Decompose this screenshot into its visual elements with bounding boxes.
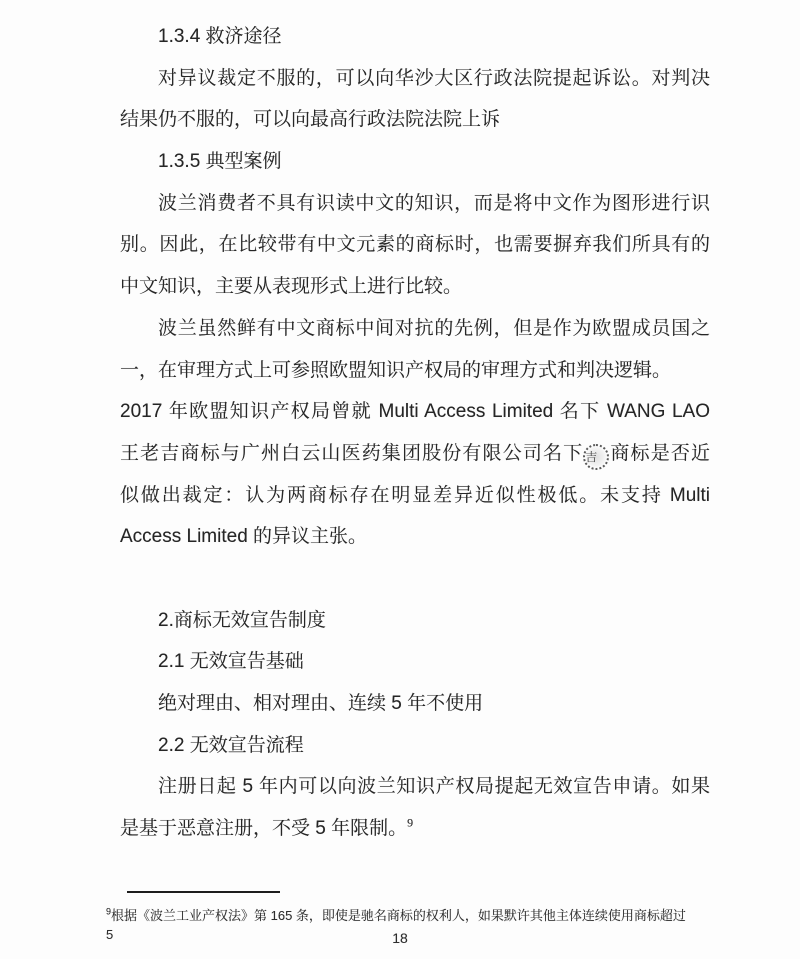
text-run: 是基于恶意注册，不受 5 年限制。 [120,818,407,839]
blank-line [120,558,710,600]
text-line: 一，在审理方式上可参照欧盟知识产权局的审理方式和判决逻辑。 [120,350,710,392]
document-page: 1.3.4 救济途径对异议裁定不服的，可以向华沙大区行政法院提起诉讼。对判决结果… [0,0,800,959]
section-heading-2-2: 2.2 无效宣告流程 [120,725,710,767]
text-line: 别。因此，在比较带有中文元素的商标时，也需要摒弃我们所具有的 [120,224,710,266]
text-line: 王老吉商标与广州白云山医药集团股份有限公司名下吉商标是否近 [120,433,710,475]
text-run: 商标是否近 [609,443,710,464]
page-number: 18 [0,930,800,946]
text-line: 绝对理由、相对理由、连续 5 年不使用 [120,683,710,725]
document-body: 1.3.4 救济途径对异议裁定不服的，可以向华沙大区行政法院提起诉讼。对判决结果… [120,16,710,850]
text-line: 波兰虽然鲜有中文商标中间对抗的先例，但是作为欧盟成员国之 [120,308,710,350]
text-line: 似做出裁定：认为两商标存在明显差异近似性极低。未支持 Multi [120,475,710,517]
section-heading-2-1: 2.1 无效宣告基础 [120,641,710,683]
text-line: Access Limited 的异议主张。 [120,516,710,558]
text-line: 是基于恶意注册，不受 5 年限制。9 [120,808,710,850]
section-heading-1-3-4: 1.3.4 救济途径 [120,16,710,58]
text-line: 中文知识，主要从表现形式上进行比较。 [120,266,710,308]
footnote-separator [127,891,280,893]
text-line: 注册日起 5 年内可以向波兰知识产权局提起无效宣告申请。如果 [120,766,710,808]
section-heading-2: 2.商标无效宣告制度 [120,600,710,642]
text-line: 结果仍不服的，可以向最高行政法院法院上诉 [120,99,710,141]
text-line: 对异议裁定不服的，可以向华沙大区行政法院提起诉讼。对判决 [120,58,710,100]
text-run: 王老吉商标与广州白云山医药集团股份有限公司名下 [120,443,583,464]
text-line: 2017 年欧盟知识产权局曾就 Multi Access Limited 名下 … [120,391,710,433]
trademark-seal-icon: 吉 [583,444,609,470]
text-line: 波兰消费者不具有识读中文的知识，而是将中文作为图形进行识 [120,183,710,225]
section-heading-1-3-5: 1.3.5 典型案例 [120,141,710,183]
footnote-reference: 9 [407,816,413,830]
